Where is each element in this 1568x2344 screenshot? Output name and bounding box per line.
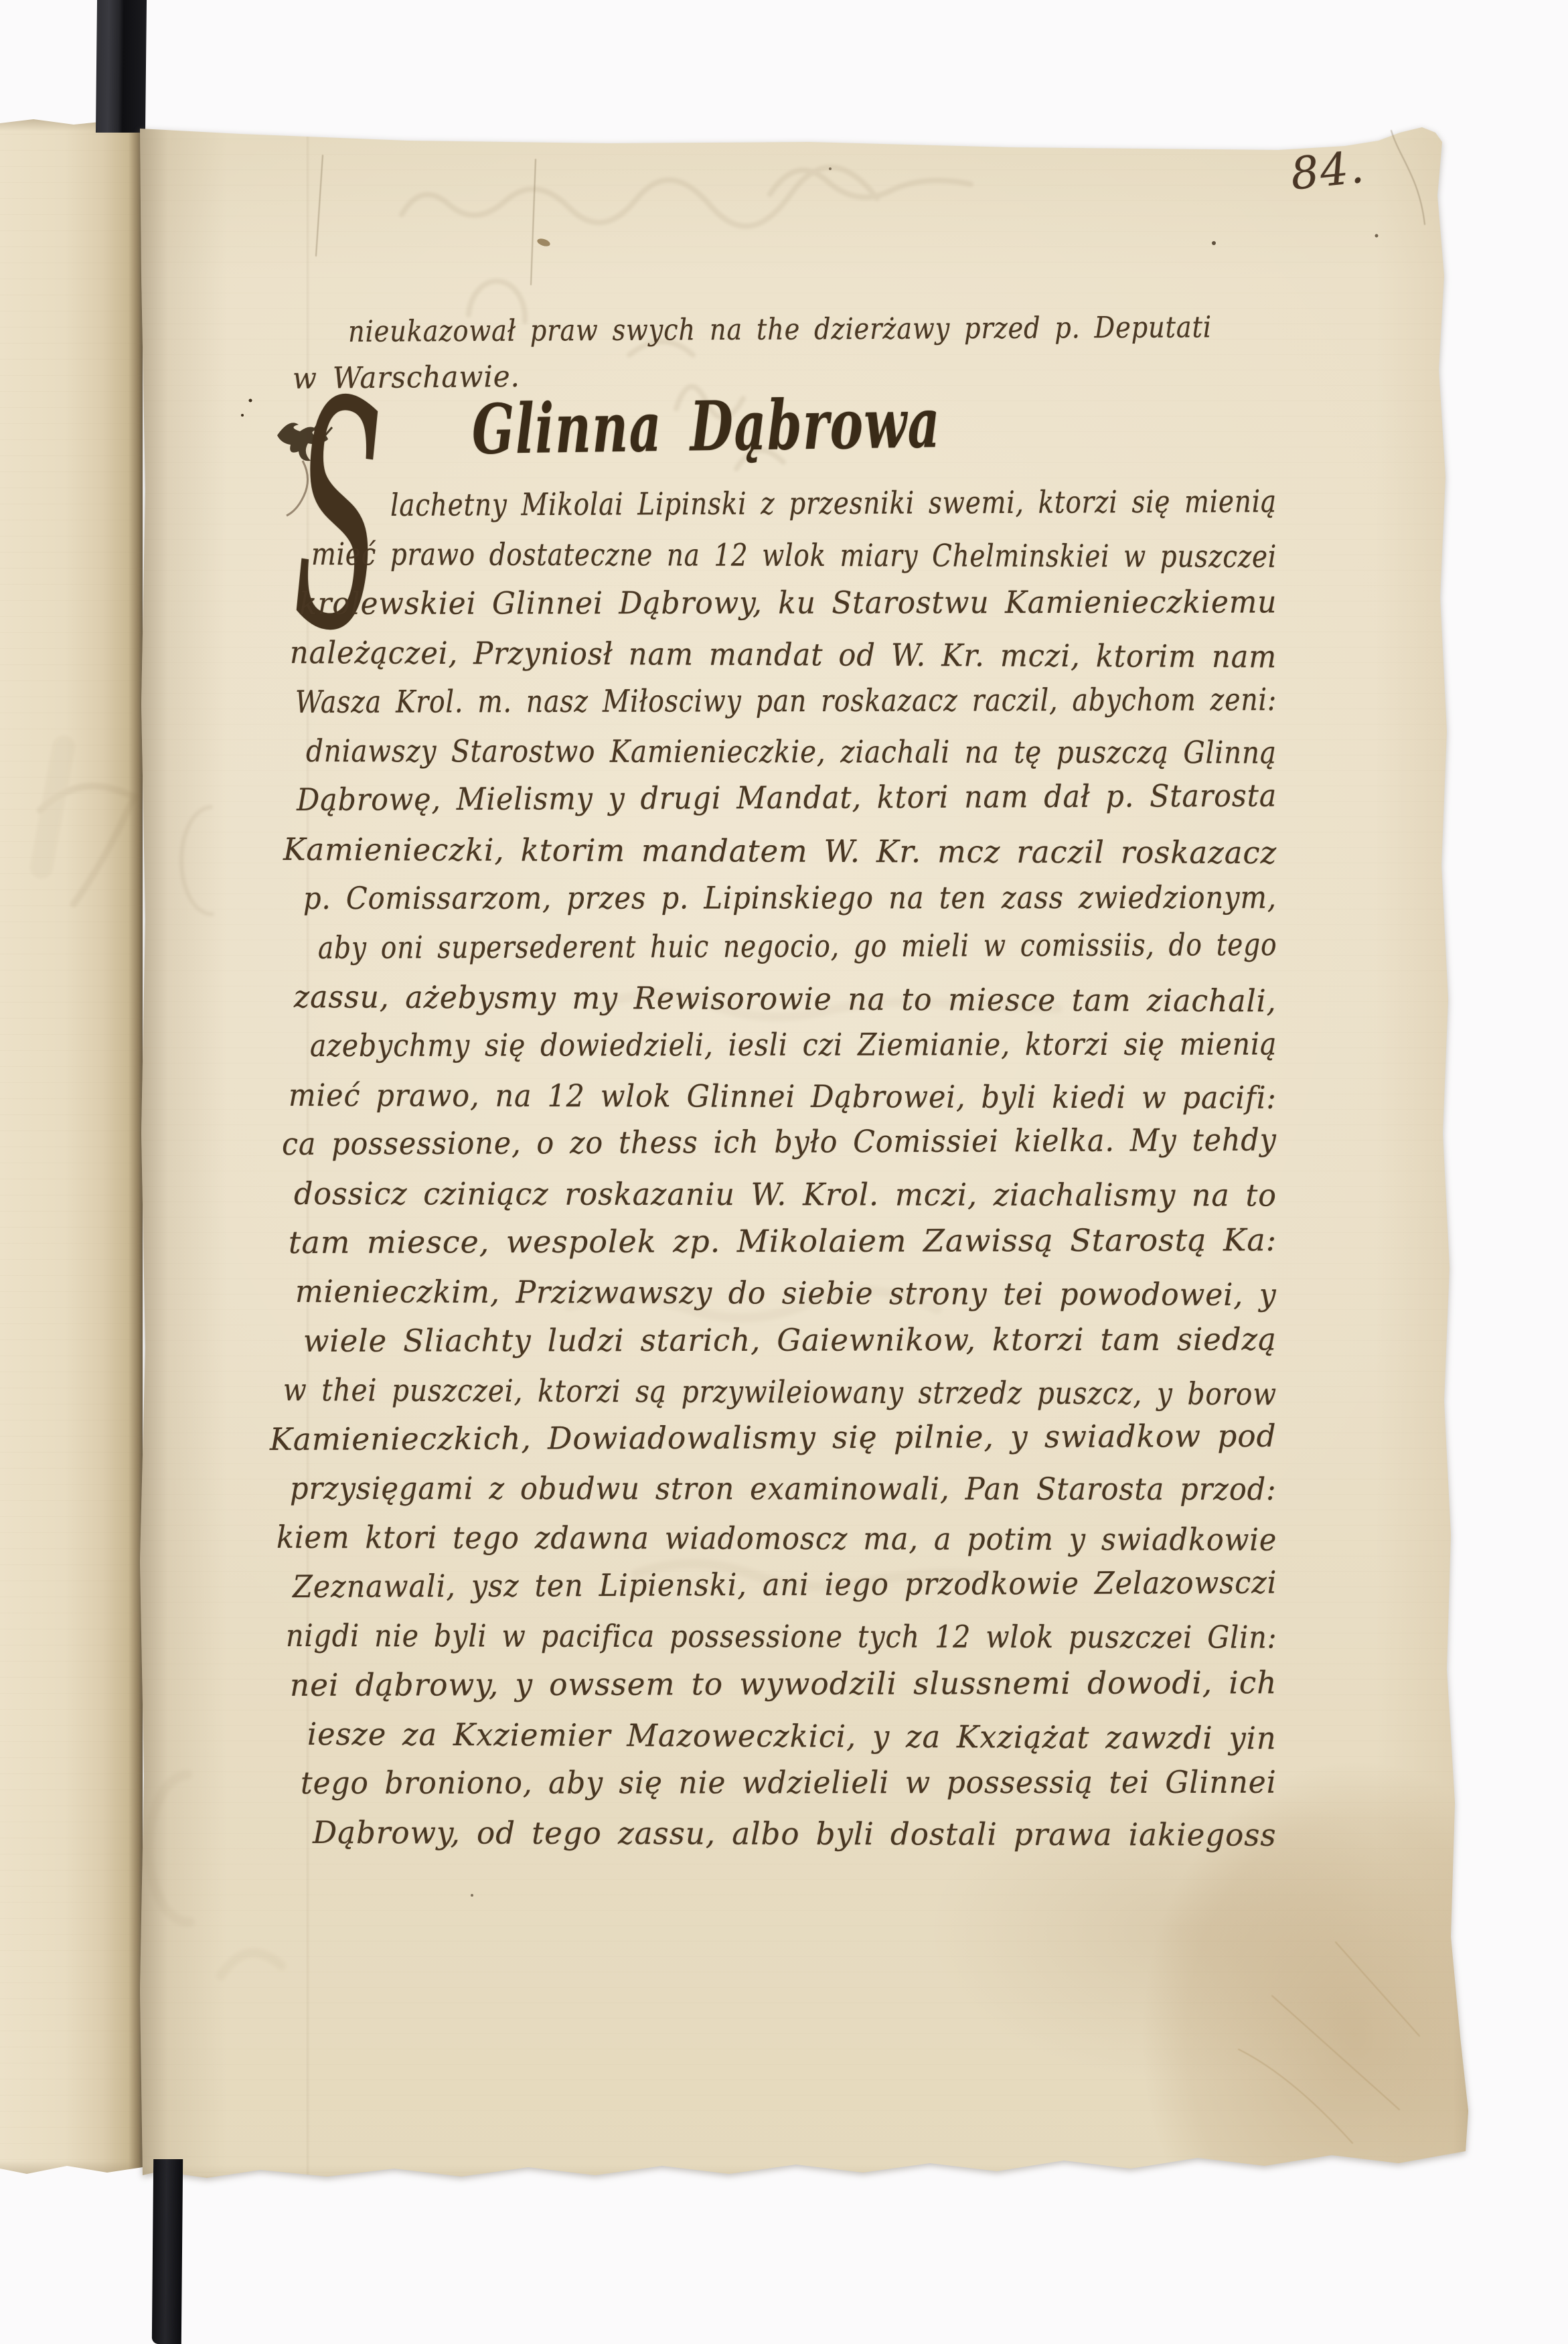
page-wrap [0,0,1568,2344]
manuscript-line: aby oni supersederent huic negocio, go m… [318,926,1277,966]
manuscript-line: tam miesce, wespolek zp. Mikolaiem Zawis… [289,1222,1277,1260]
manuscript-line: krolewskiei Glinnei Dąbrowy, ku Starostw… [299,583,1277,621]
manuscript-line: w thei puszczei, ktorzi są przywileiowan… [283,1372,1277,1412]
bookmark-ribbon-bottom [152,2159,183,2344]
manuscript-line: mienieczkim, Przizwawszy do siebie stron… [295,1273,1277,1313]
manuscript-line: kiem ktori tego zdawna wiadomoscz ma, a … [277,1519,1277,1558]
manuscript-line: dossicz cziniącz roskazaniu W. Krol. mcz… [294,1175,1277,1214]
manuscript-line: przysięgami z obudwu stron examinowali, … [290,1470,1277,1507]
manuscript-line: p. Comissarzom, przes p. Lipinskiego na … [303,879,1277,916]
manuscript-line: Dąbrowy, od tego zassu, albo byli dostal… [313,1814,1277,1853]
manuscript-line: azebychmy się dowiedzieli, iesli czi Zie… [310,1026,1277,1064]
manuscript-line: mieć prawo dostateczne na 12 wlok miary … [311,536,1277,575]
manuscript-line: wiele Sliachty ludzi starich, Gaiewnikow… [303,1321,1277,1359]
manuscript-line: zassu, ażebysmy my Rewisorowie na to mie… [294,978,1277,1019]
manuscript-scan: 84. nieukazował praw swych na the dzierż… [0,0,1568,2344]
manuscript-line: nei dąbrowy, y owssem to wywodzili sluss… [290,1664,1277,1703]
folio-page-number: 84. [1288,141,1367,200]
manuscript-line: należączei, Przyniosł nam mandat od W. K… [290,634,1277,674]
manuscript-line: Dąbrowę, Mielismy y drugi Mandat, ktori … [297,778,1277,818]
manuscript-line: ca possessione, o zo thess ich było Comi… [282,1122,1277,1162]
manuscript-line: mieć prawo, na 12 wlok Glinnei Dąbrowei,… [289,1077,1277,1116]
entry-heading: Glinna Dąbrowa [471,383,941,470]
catchline-line-1: nieukazował praw swych na the dzierżawy … [348,310,1212,349]
manuscript-line: Wasza Krol. m. nasz Miłosciwy pan roskaz… [295,681,1277,720]
manuscript-line: dniawszy Starostwo Kamienieczkie, ziacha… [306,733,1277,771]
manuscript-line: Kamienieczkich, Dowiadowalismy się pilni… [270,1417,1277,1457]
manuscript-line: tego broniono, aby się nie wdzielieli w … [301,1764,1277,1801]
manuscript-line: lachetny Mikolai Lipinski z przesniki sw… [390,483,1277,523]
manuscript-line: Kamienieczki, ktorim mandatem W. Kr. mcz… [283,831,1277,871]
manuscript-line: Zeznawali, ysz ten Lipienski, ani iego p… [293,1564,1277,1604]
manuscript-line: iesze za Kxziemier Mazoweczkici, y za Kx… [307,1716,1277,1756]
manuscript-line: nigdi nie byli w pacifica possessione ty… [286,1617,1277,1656]
